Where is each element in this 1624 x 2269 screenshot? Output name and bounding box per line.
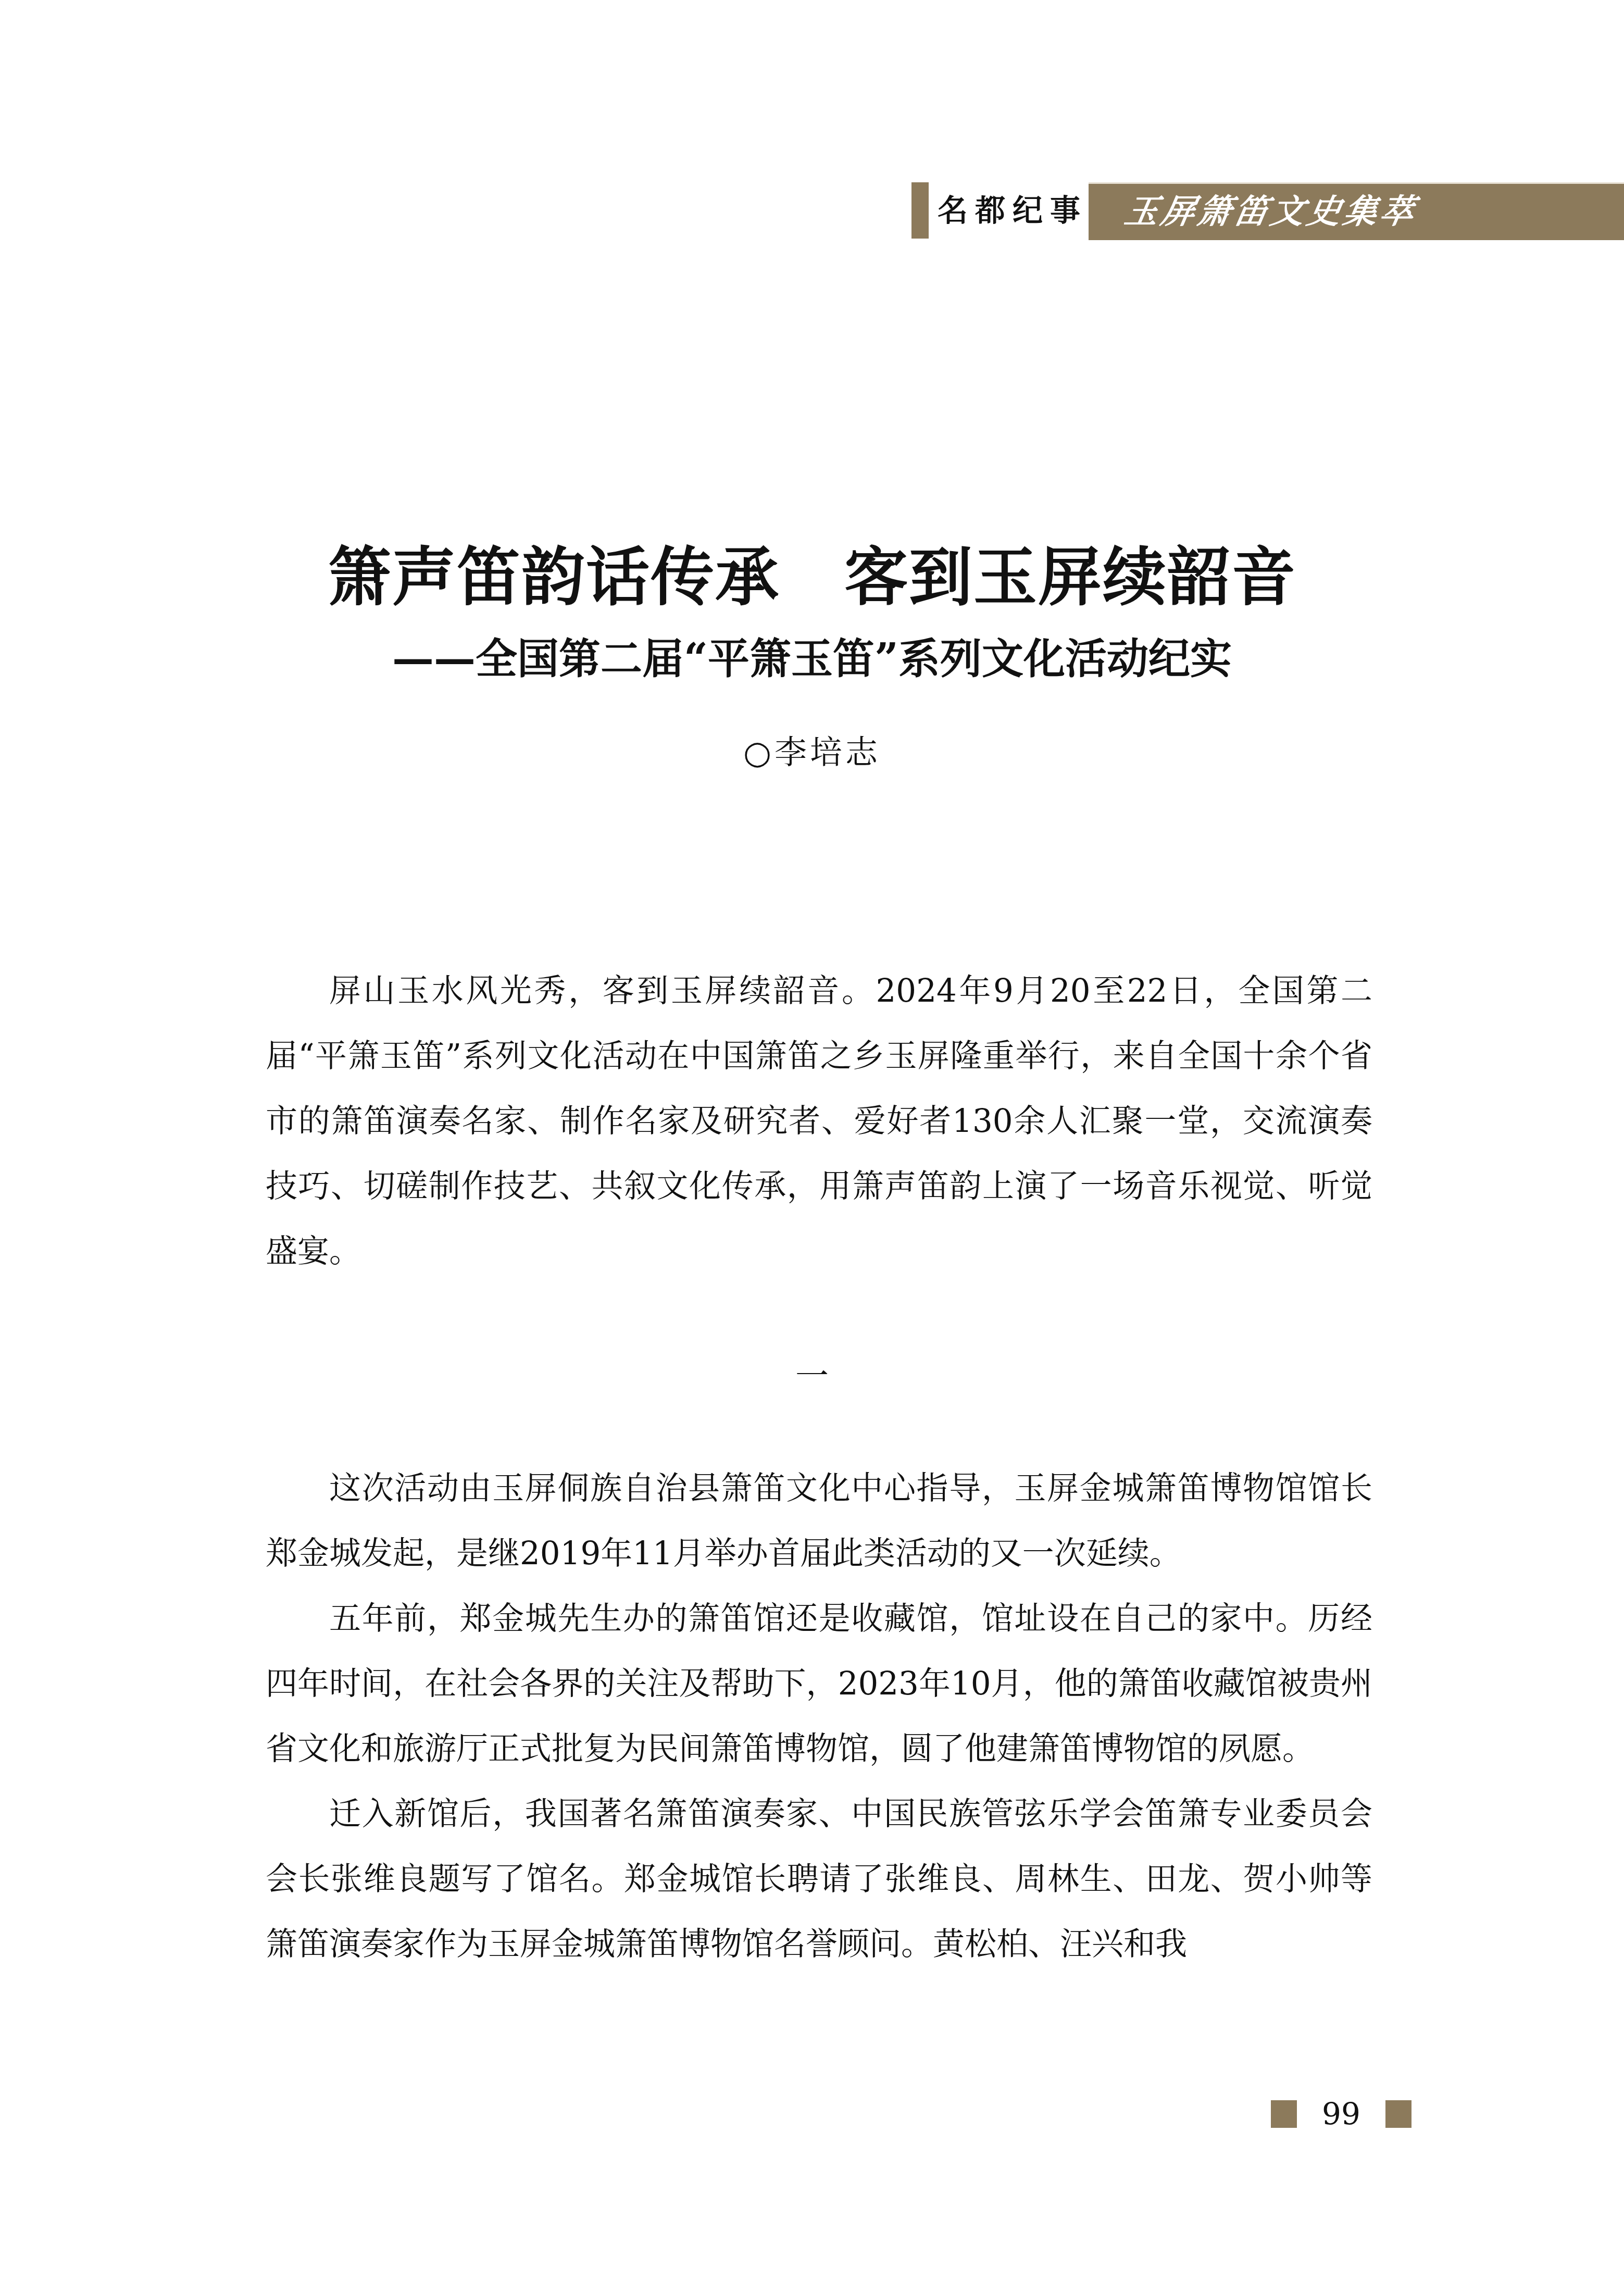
body-paragraph: 屏山玉水风光秀，客到玉屏续韶音。2024年9月20至22日，全国第二届“平箫玉笛… bbox=[266, 958, 1372, 1284]
section-number: 一 bbox=[0, 1349, 1624, 1397]
body-paragraph: 五年前，郑金城先生办的箫笛馆还是收藏馆，馆址设在自己的家中。历经四年时间，在社会… bbox=[266, 1586, 1372, 1781]
footer-square-right bbox=[1385, 2100, 1411, 2128]
intro-block: 屏山玉水风光秀，客到玉屏续韶音。2024年9月20至22日，全国第二届“平箫玉笛… bbox=[266, 958, 1372, 1284]
body-paragraph: 这次活动由玉屏侗族自治县箫笛文化中心指导，玉屏金城箫笛博物馆馆长郑金城发起，是继… bbox=[266, 1456, 1372, 1586]
article-title: 箫声笛韵话传承 客到玉屏续韶音 bbox=[0, 526, 1624, 617]
section-block: 这次活动由玉屏侗族自治县箫笛文化中心指导，玉屏金城箫笛博物馆馆长郑金城发起，是继… bbox=[266, 1456, 1372, 1977]
article-author: ○李培志 bbox=[0, 727, 1624, 773]
body-paragraph: 迁入新馆后，我国著名箫笛演奏家、中国民族管弦乐学会笛箫专业委员会会长张维良题写了… bbox=[266, 1781, 1372, 1977]
page: 名都纪事 玉屏箫笛文史集萃 箫声笛韵话传承 客到玉屏续韶音 ——全国第二届“平箫… bbox=[0, 0, 1624, 2269]
footer-square-left bbox=[1271, 2100, 1297, 2128]
publication-title: 玉屏箫笛文史集萃 bbox=[1120, 184, 1421, 240]
page-number: 99 bbox=[1297, 2096, 1385, 2131]
page-footer: 99 bbox=[1271, 2099, 1411, 2128]
article-subtitle: ——全国第二届“平箫玉笛”系列文化活动纪实 bbox=[0, 625, 1624, 685]
header-band: 玉屏箫笛文史集萃 bbox=[1089, 182, 1624, 240]
header-section-label: 名都纪事 bbox=[938, 182, 1088, 239]
header-accent-bar bbox=[911, 182, 929, 239]
